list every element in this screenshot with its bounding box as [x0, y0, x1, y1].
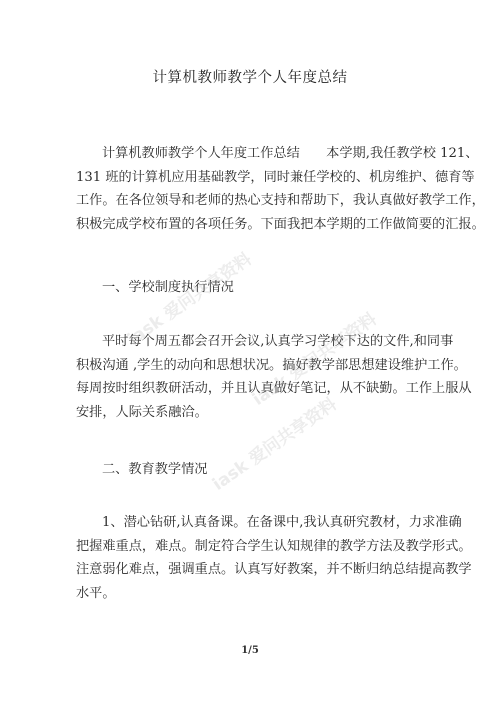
document-page: 计算机教师教学个人年度总结 计算机教师教学个人年度工作总结 本学期,我任教学校 … [0, 0, 500, 707]
text-line: 工作。在各位领导和老师的热心支持和帮助下，我认真做好教学工作， [76, 189, 428, 213]
text-line: 1、潜心钻研,认真备课。在备课中,我认真研究教材，力求准确 [76, 511, 428, 535]
text-line: 131 班的计算机应用基础教学，同时兼任学校的、机房维护、德育等 [76, 166, 428, 190]
section-heading-2: 二、教育教学情况 [102, 458, 208, 477]
section-heading-1: 一、学校制度执行情况 [102, 276, 234, 295]
text-line: 积极完成学校布置的各项任务。下面我把本学期的工作做简要的汇报。 [76, 213, 428, 237]
document-title: 计算机教师教学个人年度总结 [0, 66, 500, 87]
text-line: 积极沟通 ,学生的动向和思想状况。搞好教学部思想建设维护工作。 [76, 354, 428, 378]
text-line: 注意弱化难点，强调重点。认真写好教案，并不断归纳总结提高教学 [76, 558, 428, 582]
text-line: 水平。 [76, 582, 428, 606]
section1-paragraph: 平时每个周五都会召开会议,认真学习学校下达的文件,和同事 积极沟通 ,学生的动向… [76, 330, 428, 424]
text-line: 把握难重点，难点。制定符合学生认知规律的教学方法及教学形式。 [76, 535, 428, 559]
text-line: 计算机教师教学个人年度工作总结 本学期,我任教学校 121、 [76, 142, 428, 166]
intro-paragraph: 计算机教师教学个人年度工作总结 本学期,我任教学校 121、 131 班的计算机… [76, 142, 428, 236]
text-line: 安排，人际关系融洽。 [76, 401, 428, 425]
text-line: 每周按时组织教研活动，并且认真做好笔记，从不缺勤。工作上服从 [76, 377, 428, 401]
section2-paragraph: 1、潜心钻研,认真备课。在备课中,我认真研究教材，力求准确 把握难重点，难点。制… [76, 511, 428, 605]
page-indicator: 1/5 [0, 645, 500, 656]
text-line: 平时每个周五都会召开会议,认真学习学校下达的文件,和同事 [76, 330, 428, 354]
